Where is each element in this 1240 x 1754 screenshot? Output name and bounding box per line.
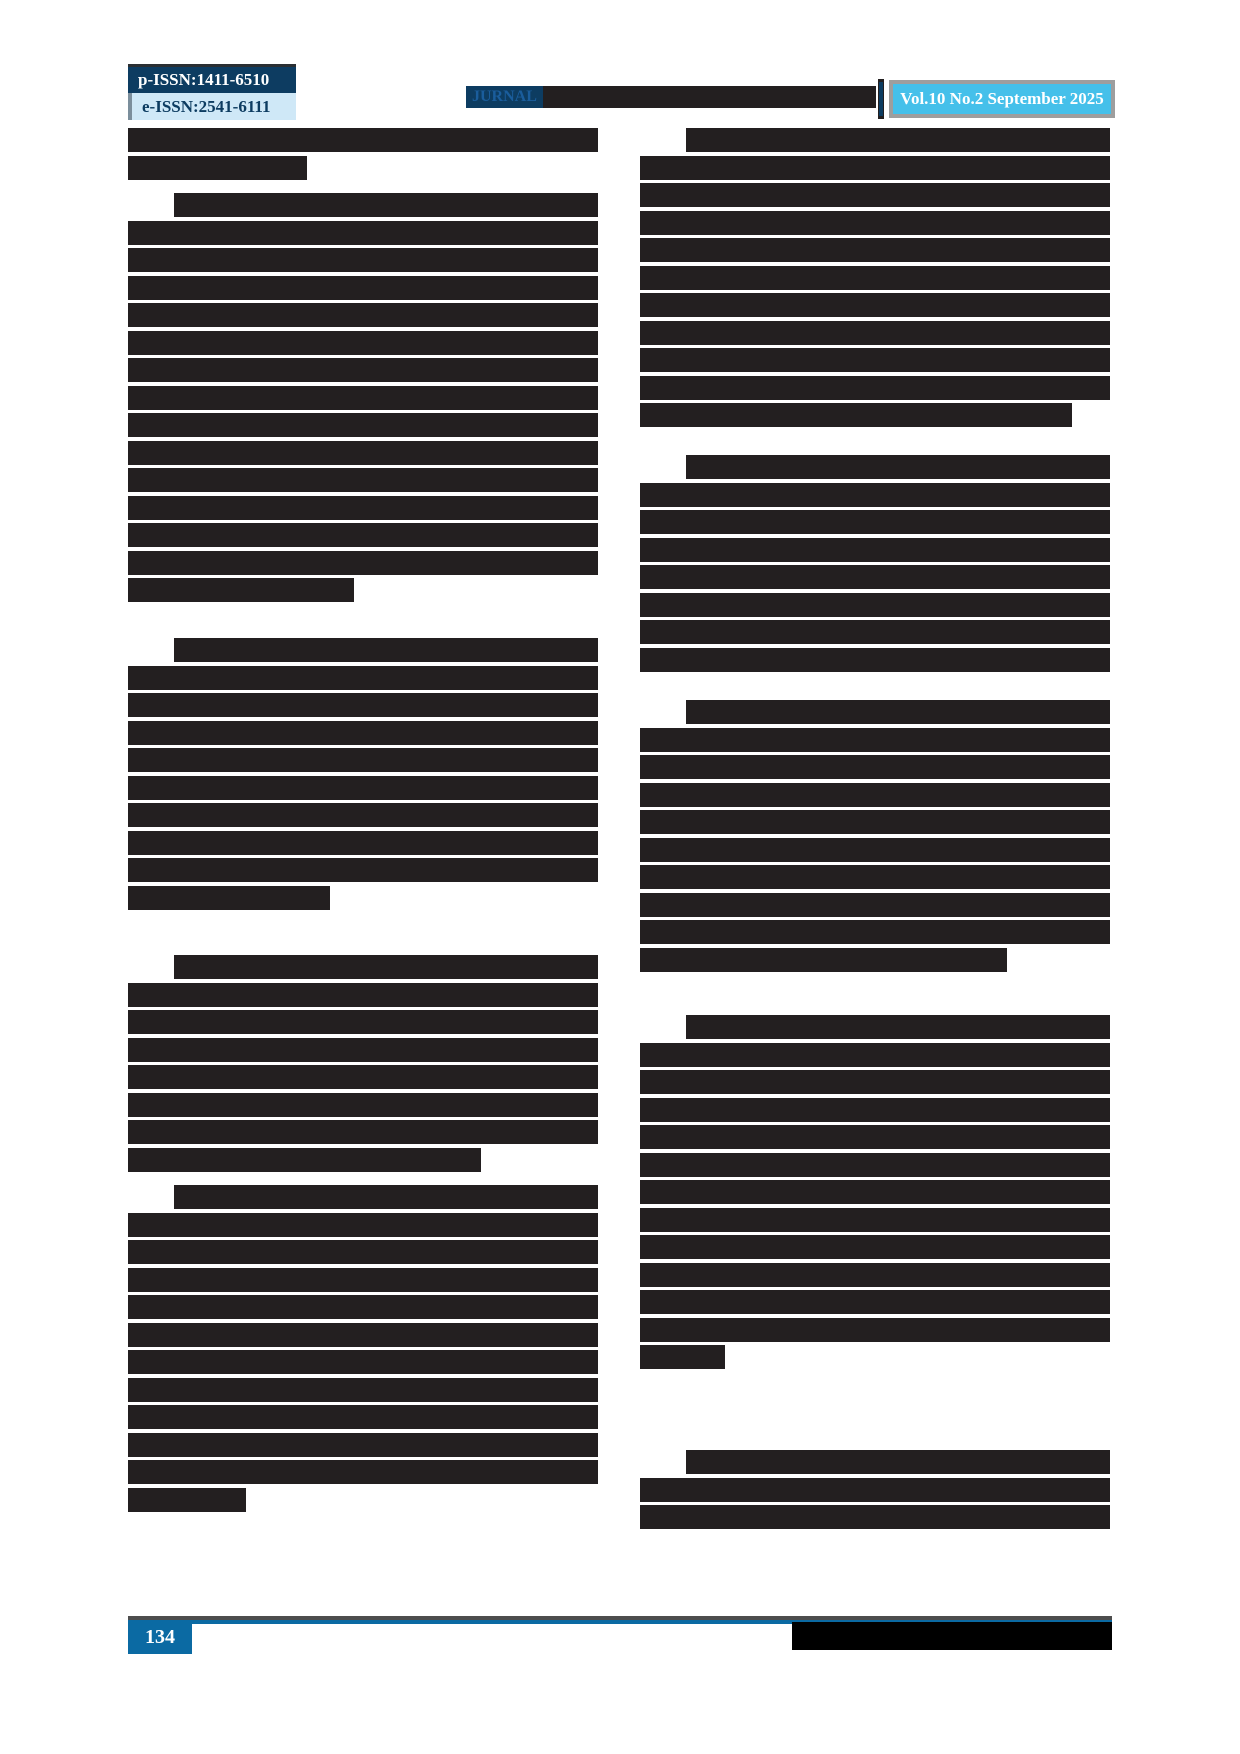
redacted-line <box>174 955 598 979</box>
redacted-line <box>640 266 1110 290</box>
redacted-line <box>128 1065 598 1089</box>
redacted-line <box>640 321 1110 345</box>
redacted-line <box>128 1350 598 1374</box>
redacted-line <box>128 1433 598 1457</box>
redacted-line <box>640 483 1110 507</box>
redacted-line <box>640 1125 1110 1149</box>
redacted-line <box>128 156 307 180</box>
redacted-line <box>128 983 598 1007</box>
redacted-line <box>640 1208 1110 1232</box>
redacted-line <box>128 1488 246 1512</box>
redacted-line <box>686 1450 1110 1474</box>
redacted-line <box>640 510 1110 534</box>
redacted-line <box>128 303 598 327</box>
redacted-line <box>640 620 1110 644</box>
redacted-line <box>128 886 330 910</box>
redacted-line <box>128 276 598 300</box>
redacted-line <box>640 1505 1110 1529</box>
redacted-line <box>128 776 598 800</box>
redacted-line <box>128 468 598 492</box>
redacted-line <box>128 666 598 690</box>
redacted-line <box>128 331 598 355</box>
redacted-line <box>640 1235 1110 1259</box>
redacted-line <box>128 1268 598 1292</box>
redacted-line <box>128 693 598 717</box>
redacted-line <box>128 1460 598 1484</box>
journal-label: JURNAL <box>466 86 543 108</box>
e-issn: e-ISSN:2541-6111 <box>128 93 296 120</box>
redacted-line <box>128 831 598 855</box>
redacted-line <box>640 1070 1110 1094</box>
redacted-line <box>128 578 354 602</box>
redacted-line <box>640 810 1110 834</box>
redacted-line <box>640 648 1110 672</box>
redacted-line <box>128 748 598 772</box>
redacted-line <box>640 403 1072 427</box>
redacted-line <box>128 721 598 745</box>
p-issn: p-ISSN:1411-6510 <box>128 64 296 93</box>
redacted-line <box>686 455 1110 479</box>
redacted-line <box>640 593 1110 617</box>
redacted-line <box>128 1295 598 1319</box>
header-divider <box>878 79 884 119</box>
redacted-line <box>128 496 598 520</box>
redacted-line <box>128 1240 598 1264</box>
redacted-line <box>174 1185 598 1209</box>
page-number: 134 <box>128 1620 192 1654</box>
redacted-line <box>128 1093 598 1117</box>
redacted-line <box>128 551 598 575</box>
redacted-line <box>640 920 1110 944</box>
redacted-line <box>686 700 1110 724</box>
redacted-line <box>640 948 1007 972</box>
redacted-line <box>128 248 598 272</box>
redacted-line <box>640 865 1110 889</box>
redacted-line <box>640 1263 1110 1287</box>
redacted-line <box>640 565 1110 589</box>
redacted-line <box>640 538 1110 562</box>
redacted-line <box>640 376 1110 400</box>
redacted-line <box>640 728 1110 752</box>
redacted-line <box>640 1290 1110 1314</box>
redacted-line <box>640 1098 1110 1122</box>
redacted-line <box>174 638 598 662</box>
redacted-line <box>128 803 598 827</box>
redacted-line <box>128 221 598 245</box>
redacted-line <box>640 293 1110 317</box>
redacted-line <box>128 1148 481 1172</box>
redacted-line <box>640 893 1110 917</box>
redacted-line <box>640 755 1110 779</box>
redacted-line <box>128 413 598 437</box>
footer-redacted-text <box>792 1622 1112 1650</box>
redacted-line <box>128 1323 598 1347</box>
redacted-line <box>640 1318 1110 1342</box>
redacted-line <box>640 1043 1110 1067</box>
redacted-line <box>128 1378 598 1402</box>
redacted-line <box>640 238 1110 262</box>
redacted-line <box>686 128 1110 152</box>
redacted-line <box>640 783 1110 807</box>
redacted-line <box>686 1015 1110 1039</box>
redacted-line <box>640 211 1110 235</box>
redacted-line <box>128 1038 598 1062</box>
redacted-line <box>128 1010 598 1034</box>
redacted-line <box>128 1405 598 1429</box>
volume-badge: Vol.10 No.2 September 2025 <box>889 80 1115 118</box>
redacted-line <box>640 1180 1110 1204</box>
redacted-line <box>640 156 1110 180</box>
redacted-line <box>640 1478 1110 1502</box>
redacted-line <box>128 441 598 465</box>
redacted-line <box>128 523 598 547</box>
redacted-line <box>174 193 598 217</box>
redacted-line <box>128 1213 598 1237</box>
redacted-line <box>128 1120 598 1144</box>
volume-text: Vol.10 No.2 September 2025 <box>893 84 1111 114</box>
redacted-line <box>640 183 1110 207</box>
redacted-line <box>640 348 1110 372</box>
issn-box: p-ISSN:1411-6510 e-ISSN:2541-6111 <box>128 64 296 120</box>
redacted-line <box>128 128 598 152</box>
redacted-line <box>640 1345 725 1369</box>
redacted-line <box>128 858 598 882</box>
redacted-line <box>640 838 1110 862</box>
journal-title-redacted: JURNAL <box>466 86 876 108</box>
redacted-line <box>128 358 598 382</box>
redacted-line <box>128 386 598 410</box>
redacted-line <box>640 1153 1110 1177</box>
